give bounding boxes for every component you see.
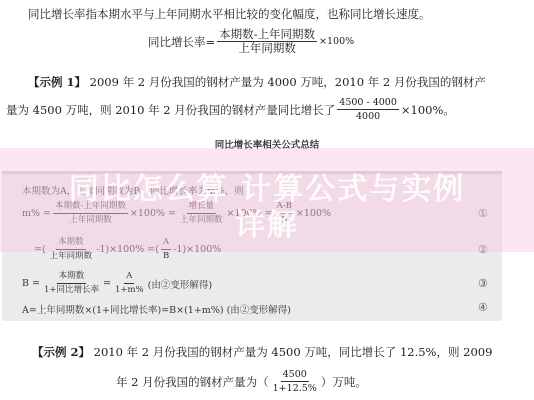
row3-f2-den: 1+m% <box>113 284 146 297</box>
example2-text1: 2010 年 2 月份我国的钢材产量为 4500 万吨，同比增长了 12.5%，… <box>94 345 493 359</box>
formula-fraction: 本期数-上年同期数 上年同期数 <box>217 28 317 55</box>
overlay-title-line2: 详解 <box>0 200 534 244</box>
formula-tail: ×100% <box>319 36 354 47</box>
row3-tail: (由②变形解得) <box>148 277 212 291</box>
example1-text1: 2009 年 2 月份我国的钢材产量为 4000 万吨，2010 年 2 月份我… <box>90 75 486 89</box>
example1-fraction: 4500 - 4000 4000 <box>337 96 399 123</box>
example2-text2: 年 2 月份我国的钢材产量为（ <box>116 374 269 390</box>
example2-line2: 年 2 月份我国的钢材产量为（ 4500 1+12.5% ）万吨。 <box>116 368 367 395</box>
row3-mid1: = <box>103 278 111 289</box>
example2-fraction: 4500 1+12.5% <box>271 368 319 395</box>
definition-text: 同比增长率指本期水平与上年同期水平相比较的变化幅度，也称同比增长速度。 <box>28 6 431 22</box>
row-number-3: ③ <box>478 277 488 290</box>
example1-denominator: 4000 <box>354 110 382 123</box>
row3-f2-num: A <box>124 270 134 284</box>
example1-label: 【示例 1】 <box>28 75 86 89</box>
summary-row-3: B = 本期数1+同比增长率 = A1+m% (由②变形解得) <box>22 270 212 297</box>
example1-line1: 【示例 1】 2009 年 2 月份我国的钢材产量为 4000 万吨，2010 … <box>28 74 486 90</box>
row3-f1-num: 本期数 <box>57 270 87 284</box>
row3-fraction-1: 本期数1+同比增长率 <box>42 270 101 297</box>
example2-denominator: 1+12.5% <box>271 382 319 395</box>
row3-prefix: B = <box>22 278 40 289</box>
row-number-4: ④ <box>478 301 488 314</box>
row3-fraction-2: A1+m% <box>113 270 146 297</box>
example2-label: 【示例 2】 <box>32 345 90 359</box>
row3-f1-den: 1+同比增长率 <box>42 284 101 297</box>
title-overlay-banner: 同比怎么算 计算公式与实例 详解 <box>0 148 534 252</box>
example1-numerator: 4500 - 4000 <box>337 96 399 110</box>
example2-line1: 【示例 2】 2010 年 2 月份我国的钢材产量为 4500 万吨，同比增长了… <box>32 344 492 360</box>
formula-numerator: 本期数-上年同期数 <box>217 28 317 42</box>
formula-denominator: 上年同期数 <box>236 42 298 55</box>
summary-row-4: A=上年同期数×(1+同比增长率)=B×(1+m%) (由②变形解得) <box>22 302 291 316</box>
example2-suffix: ）万吨。 <box>321 374 367 390</box>
example1-line2: 量为 4500 万吨，则 2010 年 2 月份我国的钢材产量同比增长了 450… <box>6 96 455 123</box>
example1-tail: ×100%。 <box>401 102 455 118</box>
formula-label: 同比增长率= <box>148 34 215 50</box>
example2-numerator: 4500 <box>281 368 309 382</box>
example1-text2: 量为 4500 万吨，则 2010 年 2 月份我国的钢材产量同比增长了 <box>6 102 335 118</box>
main-formula: 同比增长率= 本期数-上年同期数 上年同期数 ×100% <box>148 28 354 55</box>
